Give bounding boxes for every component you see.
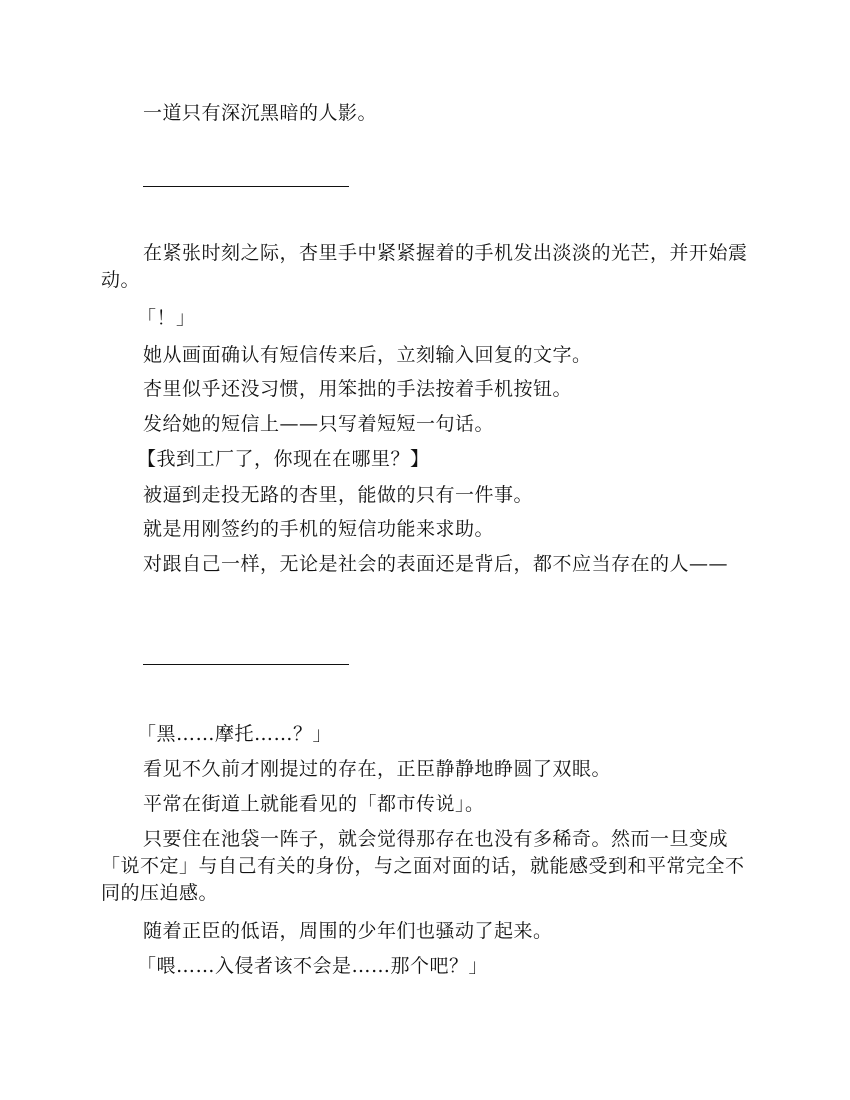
paragraph: 「！」 [101, 305, 751, 332]
paragraph: 被逼到走投无路的杏里，能做的只有一件事。 [101, 482, 751, 509]
paragraph: 随着正臣的低语，周围的少年们也骚动了起来。 [101, 918, 751, 945]
paragraph: 杏里似乎还没习惯，用笨拙的手法按着手机按钮。 [101, 376, 751, 403]
paragraph: 在紧张时刻之际，杏里手中紧紧握着的手机发出淡淡的光芒，并开始震动。 [101, 240, 751, 294]
section-separator [143, 186, 349, 187]
paragraph: 一道只有深沉黑暗的人影。 [101, 100, 751, 127]
paragraph: 就是用刚签约的手机的短信功能来求助。 [101, 516, 751, 543]
paragraph: 只要住在池袋一阵子，就会觉得那存在也没有多稀奇。然而一旦变成「说不定」与自己有关… [101, 826, 751, 907]
paragraph: 【我到工厂了，你现在在哪里？】 [101, 446, 751, 473]
paragraph: 平常在街道上就能看见的「都市传说」。 [101, 791, 751, 818]
paragraph: 她从画面确认有短信传来后，立刻输入回复的文字。 [101, 342, 751, 369]
paragraph: 「黑……摩托……？」 [101, 721, 751, 748]
paragraph: 对跟自己一样，无论是社会的表面还是背后，都不应当存在的人—— [101, 551, 751, 578]
section-separator [143, 664, 349, 665]
paragraph: 发给她的短信上——只写着短短一句话。 [101, 411, 751, 438]
paragraph: 看见不久前才刚提过的存在，正臣静静地睁圆了双眼。 [101, 756, 751, 783]
paragraph: 「喂……入侵者该不会是……那个吧？」 [101, 953, 751, 980]
